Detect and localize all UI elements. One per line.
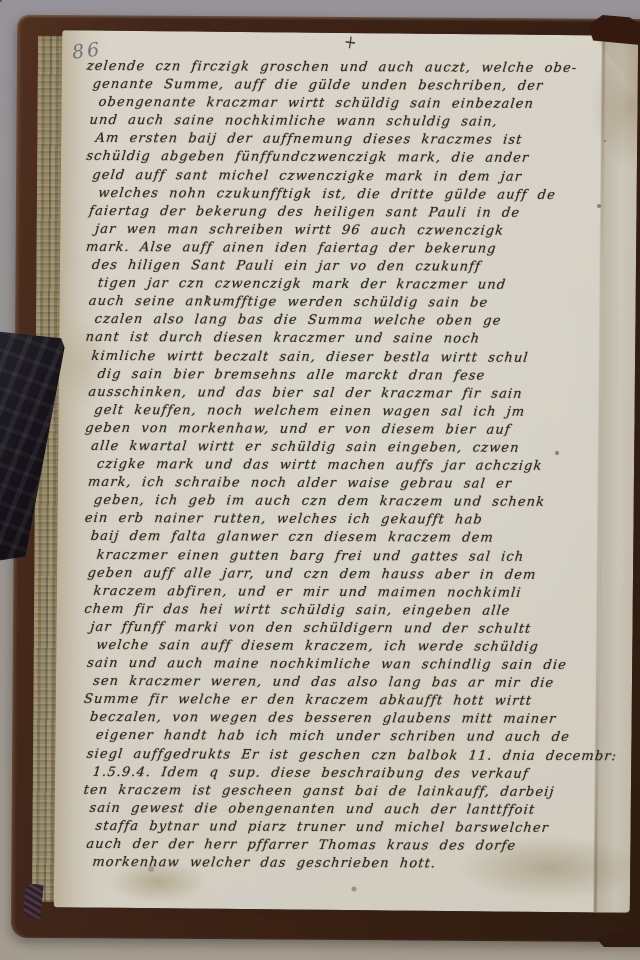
manuscript-text-line: dig sain bier bremsehns alle marckt dran… (96, 365, 614, 385)
manuscript-text-line: kimliche wirtt beczalt sain, dieser best… (90, 347, 614, 367)
manuscript-text-line: geben von morkenhaw, und er von diesem b… (84, 420, 614, 440)
manuscript-text-line: gelt keuffen, noch welchem einen wagen s… (93, 402, 614, 422)
manuscript-text-line: welches nohn czukunfftigk ist, die dritt… (97, 185, 615, 205)
manuscript-text-line: jar wen man schreiben wirtt 96 auch czwe… (94, 221, 615, 241)
manuscript-text-line: faiertag der bekerung des heiligen sant … (88, 203, 615, 223)
manuscript-text-line: staffa bytnar und piarz truner und miche… (94, 818, 612, 838)
manuscript-text-line: schüldig abgeben fünffundczwenczigk mark… (85, 148, 615, 168)
manuscript-text-line: nant ist durch diesen kraczmer und saine… (85, 329, 615, 349)
manuscript-text-line: ten kraczem ist gescheen ganst bai de la… (83, 782, 613, 802)
ink-specks-and-foxing (0, 0, 2, 2)
manuscript-text-line: geben auff alle jarr, und czn dem hauss … (87, 564, 614, 584)
manuscript-text-line: baij dem falta glanwer czn diesem kracze… (90, 528, 614, 548)
manuscript-text-line: eigener handt hab ich mich under schribe… (95, 727, 613, 747)
manuscript-text-line: kraczem abfiren, und er mir und maimen n… (92, 583, 613, 603)
book-headband (22, 883, 43, 919)
manuscript-text-line: sain gewest die obengenanten und auch de… (89, 800, 613, 820)
manuscript-text-line: alle kwartal wirtt er schüldig sain eing… (90, 438, 614, 458)
manuscript-text-block: zelende czn firczigk groschen und auch a… (83, 58, 615, 875)
manuscript-text-line: welche sain auff diesem kraczem, ich wer… (95, 637, 613, 657)
manuscript-text-line: zelende czn firczigk groschen und auch a… (86, 58, 616, 78)
manuscript-text-line: kraczmer einen gutten barg frei und gatt… (96, 546, 614, 566)
manuscript-text-line: 1.5.9.4. Idem q sup. diese beschraibung … (92, 764, 613, 784)
manuscript-text-line: jar ffunff marki von den schüldigern und… (89, 619, 613, 639)
manuscript-text-line: ausschinken, und das bier sal der kraczm… (87, 384, 614, 404)
manuscript-text-line: chem fir das hei wirtt schüldig sain, ei… (83, 601, 613, 621)
photo-background: 86 + zelende czn firczigk groschen und a… (0, 0, 640, 960)
manuscript-text-line: morkenhaw welcher das geschrieben hott. (91, 854, 612, 874)
manuscript-text-line: geld auff sant michel czwenczigke mark i… (91, 166, 615, 186)
manuscript-text-line: siegl auffgedrukts Er ist geschen czn ba… (86, 745, 613, 765)
manuscript-text-line: mark. Alse auff ainen iden faiertag der … (85, 239, 615, 259)
